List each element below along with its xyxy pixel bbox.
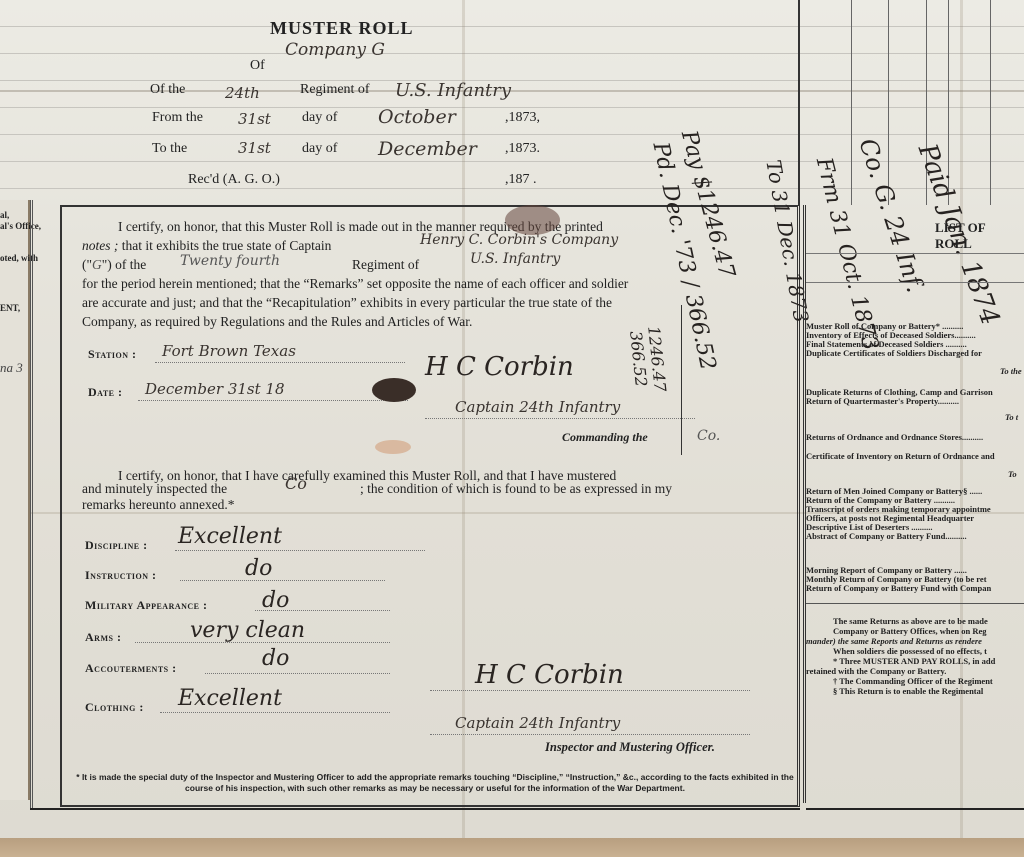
remark-value-accouterments: do	[262, 646, 289, 671]
from-the-label: From the	[152, 110, 203, 126]
fragment-line: al,	[0, 210, 9, 220]
date-line	[138, 400, 408, 401]
roll-item: Abstract of Company or Battery Fund.....…	[806, 532, 967, 541]
cert1-line4: for the period herein mentioned; that th…	[82, 274, 628, 293]
station-label: Station :	[88, 347, 137, 362]
regiment-written: Twenty fourth	[180, 253, 280, 269]
commanding-unit: Co.	[697, 428, 720, 444]
remark-line	[160, 712, 390, 713]
remark-value-military-appearance: do	[262, 588, 289, 613]
document-title: MUSTER ROLL	[270, 18, 414, 39]
panel-note: mander) the same Reports and Returns as …	[806, 636, 982, 646]
notes-word: notes ;	[82, 238, 118, 253]
from-month: October	[378, 106, 456, 128]
column-divider	[798, 0, 800, 205]
panel-rule	[806, 253, 1024, 254]
panel-rule	[806, 282, 1024, 283]
inspector-role-label: Inspector and Mustering Officer.	[545, 740, 715, 755]
remark-line	[205, 673, 390, 674]
roll-item: Duplicate Certificates of Soldiers Disch…	[806, 349, 982, 358]
cert1-text: ") of the	[102, 257, 147, 272]
column-divider	[851, 0, 852, 205]
roll-item: Return of Quartermaster's Property......…	[806, 397, 959, 406]
cert1-text: ("	[82, 257, 92, 272]
date-value: December 31st 18	[145, 380, 285, 398]
panel-rule	[806, 603, 1024, 604]
recd-year: ,187 .	[505, 172, 537, 188]
company-value: Company G	[285, 40, 385, 60]
column-divider	[990, 0, 991, 205]
fragment-handwriting: na 3	[0, 360, 23, 376]
remark-label-discipline: Discipline :	[85, 538, 148, 553]
day-of-label: day of	[302, 141, 337, 157]
remark-value-arms: very clean	[190, 618, 305, 643]
roll-destination: To the	[1000, 367, 1022, 376]
regiment-of-written: U.S. Infantry	[470, 251, 560, 267]
remark-label-instruction: Instruction :	[85, 568, 157, 583]
paper-damage	[375, 440, 411, 454]
roll-item: Certificate of Inventory on Return of Or…	[806, 452, 995, 461]
captain-name-written: Henry C. Corbin's Company	[420, 232, 618, 248]
footnote: * It is made the special duty of the Ins…	[75, 772, 795, 794]
commander-signature: H C Corbin	[425, 352, 574, 382]
regiment-type: U.S. Infantry	[395, 80, 511, 101]
inspector-signature: H C Corbin	[475, 660, 624, 690]
cert1-line5: are accurate and just; and that the “Rec…	[82, 293, 612, 312]
signature-line	[430, 690, 750, 691]
panel-note: The same Returns as above are to be made	[833, 616, 988, 626]
cert1-line3: ("G") of the	[82, 255, 146, 274]
cert2-line2b: ; the condition of which is found to be …	[360, 479, 672, 498]
to-the-label: To the	[152, 141, 187, 157]
remark-value-clothing: Excellent	[178, 686, 282, 711]
day-of-label: day of	[302, 110, 337, 126]
regiment-of-label: Regiment of	[300, 82, 370, 98]
roll-item: Return of Company or Battery Fund with C…	[806, 584, 991, 593]
remark-label-military-appearance: Military Appearance :	[85, 598, 208, 613]
to-year: ,1873.	[505, 141, 540, 157]
remark-line	[175, 550, 425, 551]
remark-value-instruction: do	[245, 556, 272, 581]
fragment-line: ENT,	[0, 303, 20, 313]
panel-note: * Three MUSTER AND PAY ROLLS, in add	[833, 656, 995, 666]
stain	[505, 205, 560, 235]
remark-label-clothing: Clothing :	[85, 700, 144, 715]
inspector-title: Captain 24th Infantry	[455, 714, 620, 732]
panel-note: When soldiers die possessed of no effect…	[833, 646, 987, 656]
of-the-label: Of the	[150, 82, 185, 98]
panel-note: retained with the Company or Battery.	[806, 666, 946, 676]
title-line	[425, 418, 695, 419]
date-label: Date :	[88, 385, 123, 400]
remark-value-discipline: Excellent	[178, 524, 282, 549]
of-label: Of	[250, 58, 265, 74]
roll-item: Returns of Ordnance and Ordnance Stores.…	[806, 433, 983, 442]
from-year: ,1873,	[505, 110, 540, 126]
remark-line	[180, 580, 385, 581]
panel-note: § This Return is to enable the Regimenta…	[833, 686, 983, 696]
remark-label-accouterments: Accouterments :	[85, 661, 177, 676]
list-of-rolls-title: LIST OF ROLL	[935, 220, 1024, 252]
bottom-rule-right	[806, 808, 1024, 810]
left-page-fragment: al, al's Office, oted, with ENT, na 3	[0, 200, 30, 800]
remark-label-arms: Arms :	[85, 630, 121, 645]
from-day: 31st	[238, 110, 271, 128]
margin-rule	[681, 305, 682, 455]
table-surface	[0, 838, 1024, 857]
cert2-line3: remarks hereunto annexed.*	[82, 495, 235, 514]
roll-destination: To	[1008, 470, 1017, 479]
cert1-line6: Company, as required by Regulations and …	[82, 312, 472, 331]
station-line	[155, 362, 405, 363]
station-value: Fort Brown Texas	[162, 342, 296, 360]
inspected-written: Co	[285, 474, 307, 493]
regiment-number: 24th	[225, 84, 260, 102]
ink-blot	[372, 378, 416, 402]
document-page: MUSTER ROLL Of Company G Of the 24th Reg…	[0, 0, 1024, 838]
cert1-text: that it exhibits the true state of Capta…	[118, 238, 331, 253]
company-letter-written: G	[92, 257, 102, 272]
to-day: 31st	[238, 139, 271, 157]
recd-ago-label: Rec'd (A. G. O.)	[188, 172, 280, 188]
panel-note: † The Commanding Officer of the Regiment	[833, 676, 993, 686]
title-line	[430, 734, 750, 735]
commander-title: Captain 24th Infantry	[455, 398, 620, 416]
to-month: December	[378, 138, 477, 160]
bottom-rule	[30, 808, 800, 810]
regiment-of-label-2: Regiment of	[352, 255, 419, 274]
commanding-the-label: Commanding the	[562, 430, 648, 445]
roll-destination: To t	[1005, 413, 1018, 422]
panel-note: Company or Battery Offices, when on Reg	[833, 626, 987, 636]
